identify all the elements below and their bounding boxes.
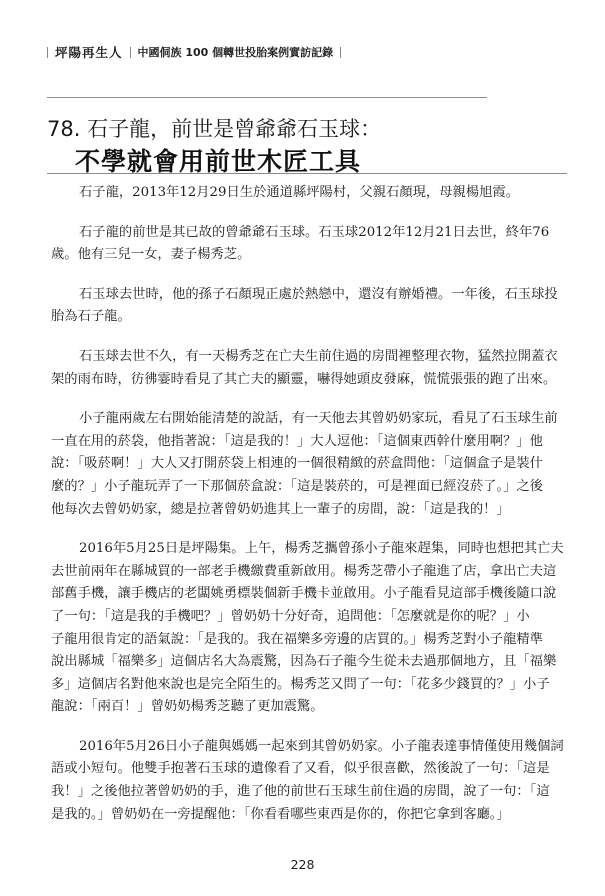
text-line: 小子龍兩歲左右開始能清楚的說話，有一天他去其曾奶奶家玩，看見了石玉球生前 [51, 408, 551, 431]
paragraph-previous-life: 石子龍的前世是其已故的曾爺爺石玉球。石玉球2012年12月21日去世，終年76 … [51, 222, 551, 267]
text-line: 2016年5月25日是坪陽集。上午，楊秀芝攜曾孫小子龍來趕集，同時也想把其亡夫 [51, 538, 551, 561]
paragraph-apparition: 石玉球去世不久，有一天楊秀芝在亡夫生前住過的房間裡整理衣物，猛然拉開蓋衣 架的雨… [51, 346, 551, 391]
text-line: 2016年5月26日小子龍與媽媽一起來到其曾奶奶家。小子龍表達事情僅使用幾個詞 [51, 736, 551, 759]
text-line: 歲。他有三兒一女，妻子楊秀芝。 [51, 244, 551, 267]
paragraph-tobacco-pouch: 小子龍兩歲左右開始能清楚的說話，有一天他去其曾奶奶家玩，看見了石玉球生前 一直在… [51, 408, 551, 521]
text-line: 石玉球去世不久，有一天楊秀芝在亡夫生前住過的房間裡整理衣物，猛然拉開蓋衣 [51, 346, 551, 369]
book-title: 坪陽再生人 [55, 43, 123, 61]
title-rule [47, 173, 567, 174]
header-divider [340, 47, 341, 58]
text-line: 說出縣城「福樂多」這個店名大為震驚，因為石子龍今生從未去過那個地方，且「福樂 [51, 651, 551, 674]
paragraph-reincarnation: 石玉球去世時，他的孫子石顏現正處於熱戀中，還沒有辦婚禮。一年後，石玉球投 胎為石… [51, 284, 551, 329]
page-number: 228 [0, 857, 605, 872]
text-line: 石子龍的前世是其已故的曾爺爺石玉球。石玉球2012年12月21日去世，終年76 [51, 222, 551, 245]
text-line: 石玉球去世時，他的孫子石顏現正處於熱戀中，還沒有辦婚禮。一年後，石玉球投 [51, 284, 551, 307]
text-line: 龍說：「兩百！」曾奶奶楊秀芝聽了更加震驚。 [51, 696, 551, 719]
article-body: 石子龍，2013年12月29日生於通道縣坪陽村，父親石顏現，母親楊旭霞。 石子龍… [51, 182, 551, 843]
text-line: 我！」之後他拉著曾奶奶的手，進了他的前世石玉球生前住過的房間，說了一句：「這 [51, 781, 551, 804]
text-line: 部舊手機，讓手機店的老闆姚勇標裝個新手機卡並啟用。小子龍看見這部手機後隨口說 [51, 583, 551, 606]
text-line: 麼的？」小子龍玩弄了一下那個菸盒說：「這是裝菸的，可是裡面已經沒菸了。」之後 [51, 476, 551, 499]
text-line: 石子龍，2013年12月29日生於通道縣坪陽村，父親石顏現，母親楊旭霞。 [51, 182, 551, 205]
text-line: 一直在用的菸袋，他指著說：「這是我的！」大人逗他：「這個東西幹什麼用啊？」他 [51, 431, 551, 454]
running-header: 坪陽再生人 中國侗族 100 個轉世投胎案例實訪記錄 [40, 43, 348, 61]
paragraph-mobile-phone: 2016年5月25日是坪陽集。上午，楊秀芝攜曾孫小子龍來趕集，同時也想把其亡夫 … [51, 538, 551, 719]
text-line: 多」這個店名對他來說也是完全陌生的。楊秀芝又問了一句：「花多少錢買的？」小子 [51, 674, 551, 697]
text-line: 了一句：「這是我的手機吧？」曾奶奶十分好奇，追問他：「怎麼就是你的呢？」小 [51, 606, 551, 629]
text-line: 胎為石子龍。 [51, 306, 551, 329]
header-divider [47, 47, 48, 58]
text-line: 說：「吸菸啊！」大人又打開菸袋上相連的一個很精緻的菸盒問他：「這個盒子是裝什 [51, 453, 551, 476]
text-line: 架的雨布時，彷彿霎時看見了其亡夫的顯靈，嚇得她頭皮發麻，慌慌張張的跑了出來。 [51, 369, 551, 392]
paragraph-portrait: 2016年5月26日小子龍與媽媽一起來到其曾奶奶家。小子龍表達事情僅使用幾個詞 … [51, 736, 551, 826]
book-subtitle: 中國侗族 100 個轉世投胎案例實訪記錄 [138, 44, 334, 60]
text-line: 他每次去曾奶奶家，總是拉著曾奶奶進其上一輩子的房間，說：「這是我的！」 [51, 499, 551, 522]
chapter-title: 78. 石子龍，前世是曾爺爺石玉球： [47, 113, 381, 143]
paragraph-birth: 石子龍，2013年12月29日生於通道縣坪陽村，父親石顏現，母親楊旭霞。 [51, 182, 551, 205]
header-rule [47, 97, 487, 98]
header-divider [130, 47, 131, 58]
text-line: 子龍用很肯定的語氣說：「是我的。我在福樂多旁邊的店買的。」楊秀芝對小子龍精準 [51, 629, 551, 652]
text-line: 是我的。」曾奶奶在一旁提醒他：「你看看哪些東西是你的，你把它拿到客廳。」 [51, 804, 551, 827]
text-line: 去世前兩年在縣城買的一部老手機繳費重新啟用。楊秀芝帶小子龍進了店，拿出亡夫這 [51, 561, 551, 584]
text-line: 語或小短句。他雙手抱著石玉球的遺像看了又看，似乎很喜歡，然後說了一句：「這是 [51, 758, 551, 781]
